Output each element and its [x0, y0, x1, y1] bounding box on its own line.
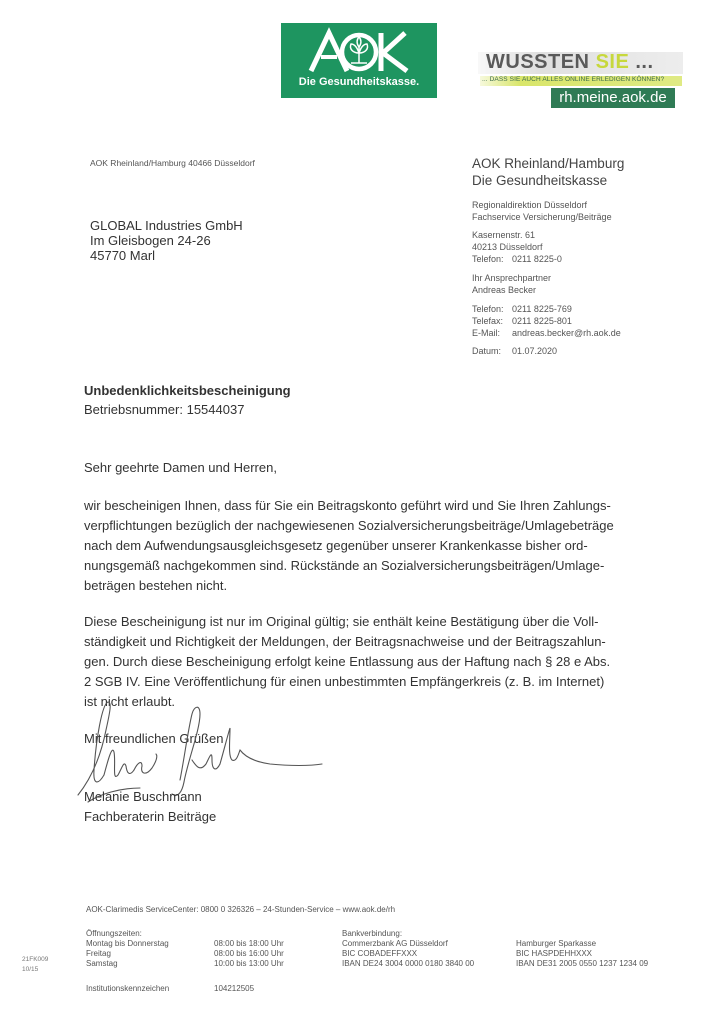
office-address-block: Kasernenstr. 61 40213 Düsseldorf Telefon…: [472, 229, 562, 265]
signer-role: Fachberaterin Beiträge: [84, 809, 216, 824]
salutation: Sehr geehrte Damen und Herren,: [84, 460, 277, 475]
bank1-name: Commerzbank AG Düsseldorf: [342, 939, 474, 949]
signer-name: Melanie Buschmann: [84, 789, 202, 804]
date-row: Datum: 01.07.2020: [472, 345, 557, 357]
bank-label: Bankverbindung:: [342, 929, 474, 939]
date-value: 01.07.2020: [512, 345, 557, 357]
opening-days-2: Samstag: [86, 959, 169, 969]
recipient-city: 45770 Marl: [90, 248, 243, 263]
form-code: 21FK009: [22, 955, 48, 965]
letter-subject: Unbedenklichkeitsbescheinigung: [84, 383, 291, 398]
paragraph-line: nach dem Aufwendungsausgleichsgesetz geg…: [84, 536, 684, 556]
office-city: 40213 Düsseldorf: [472, 241, 562, 253]
paragraph-1: wir bescheinigen Ihnen, dass für Sie ein…: [84, 496, 684, 596]
campaign-title-word: WUSSTEN: [486, 51, 590, 73]
organization-name: AOK Rheinland/Hamburg: [472, 155, 624, 172]
opening-days-0: Montag bis Donnerstag: [86, 939, 169, 949]
ik-label: Institutionskennzeichen: [86, 984, 169, 994]
campaign-title-ellipsis: ...: [635, 51, 653, 73]
paragraph-line: 2 SGB IV. Eine Veröffentlichung für eine…: [84, 672, 684, 692]
recipient-company: GLOBAL Industries GmbH: [90, 218, 243, 233]
paragraph-line: beträgen bestehen nicht.: [84, 576, 684, 596]
campaign-title-accent: SIE: [596, 51, 630, 73]
contact-phone: 0211 8225-769: [512, 303, 572, 315]
paragraph-line: ständigkeit und Richtigkeit der Meldunge…: [84, 632, 684, 652]
form-code-block: 21FK009 10/15: [22, 955, 48, 975]
contact-name: Andreas Becker: [472, 284, 551, 296]
contact-email-row: E-Mail: andreas.becker@rh.aok.de: [472, 327, 621, 339]
aok-logo: Die Gesundheitskasse.: [281, 23, 437, 98]
bank1-bic: BIC COBADEFFXXX: [342, 949, 474, 959]
betriebsnummer: Betriebsnummer: 15544037: [84, 402, 244, 417]
recipient-address: GLOBAL Industries GmbH Im Gleisbogen 24-…: [90, 218, 243, 263]
contact-fax-row: Telefax: 0211 8225-801: [472, 315, 621, 327]
contact-email: andreas.becker@rh.aok.de: [512, 327, 621, 339]
bank2-name: Hamburger Sparkasse: [516, 939, 648, 949]
paragraph-line: gen. Durch diese Bescheinigung erfolgt k…: [84, 652, 684, 672]
campaign-banner: WUSSTEN SIE ... ... DASS SIE AUCH ALLES …: [478, 50, 688, 110]
paragraph-line: nungsgemäß nachgekommen sind. Rückstände…: [84, 556, 684, 576]
contact-phone-row: Telefon: 0211 8225-769: [472, 303, 621, 315]
opening-hours-2: 10:00 bis 13:00 Uhr: [214, 959, 284, 969]
opening-hours-0: 08:00 bis 18:00 Uhr: [214, 939, 284, 949]
campaign-subtitle: ... DASS SIE AUCH ALLES ONLINE ERLEDIGEN…: [482, 76, 664, 83]
service-center-line: AOK-Clarimedis ServiceCenter: 0800 0 326…: [86, 905, 395, 914]
contact-phone-label: Telefon:: [472, 303, 512, 315]
office-phone-row: Telefon: 0211 8225-0: [472, 253, 562, 265]
organization-tagline: Die Gesundheitskasse: [472, 172, 624, 189]
opening-hours: 08:00 bis 18:00 Uhr 08:00 bis 16:00 Uhr …: [214, 939, 284, 969]
aok-tagline: Die Gesundheitskasse.: [281, 76, 437, 88]
contact-fax: 0211 8225-801: [512, 315, 572, 327]
organization-name-block: AOK Rheinland/Hamburg Die Gesundheitskas…: [472, 155, 624, 189]
campaign-url: rh.meine.aok.de: [551, 88, 675, 108]
sender-line: AOK Rheinland/Hamburg 40466 Düsseldorf: [90, 158, 255, 168]
contact-block: Ihr Ansprechpartner Andreas Becker: [472, 272, 551, 296]
ik-value: 104212505: [214, 984, 254, 994]
opening-days: Montag bis Donnerstag Freitag Samstag: [86, 939, 169, 969]
paragraph-line: wir bescheinigen Ihnen, dass für Sie ein…: [84, 496, 684, 516]
recipient-street: Im Gleisbogen 24-26: [90, 233, 243, 248]
bank-block-1: Bankverbindung: Commerzbank AG Düsseldor…: [342, 929, 474, 969]
office-street: Kasernenstr. 61: [472, 229, 562, 241]
paragraph-line: verpflichtungen bezüglich der nachgewies…: [84, 516, 684, 536]
bank-block-2: Hamburger Sparkasse BIC HASPDEHHXXX IBAN…: [516, 939, 648, 969]
opening-hours-label: Öffnungszeiten:: [86, 929, 142, 939]
bank2-iban: IBAN DE31 2005 0550 1237 1234 09: [516, 959, 648, 969]
department-2: Fachservice Versicherung/Beiträge: [472, 211, 612, 223]
contact-label: Ihr Ansprechpartner: [472, 272, 551, 284]
form-date: 10/15: [22, 965, 48, 975]
department-1: Regionaldirektion Düsseldorf: [472, 199, 612, 211]
contact-details-block: Telefon: 0211 8225-769 Telefax: 0211 822…: [472, 303, 621, 339]
contact-fax-label: Telefax:: [472, 315, 512, 327]
opening-days-1: Freitag: [86, 949, 169, 959]
campaign-title: WUSSTEN SIE ...: [486, 51, 654, 74]
bank2-bic: BIC HASPDEHHXXX: [516, 949, 648, 959]
office-phone-label: Telefon:: [472, 253, 512, 265]
department-block: Regionaldirektion Düsseldorf Fachservice…: [472, 199, 612, 223]
bank1-iban: IBAN DE24 3004 0000 0180 3840 00: [342, 959, 474, 969]
paragraph-line: Diese Bescheinigung ist nur im Original …: [84, 612, 684, 632]
office-phone: 0211 8225-0: [512, 253, 562, 265]
contact-email-label: E-Mail:: [472, 327, 512, 339]
opening-hours-1: 08:00 bis 16:00 Uhr: [214, 949, 284, 959]
date-label: Datum:: [472, 345, 512, 357]
